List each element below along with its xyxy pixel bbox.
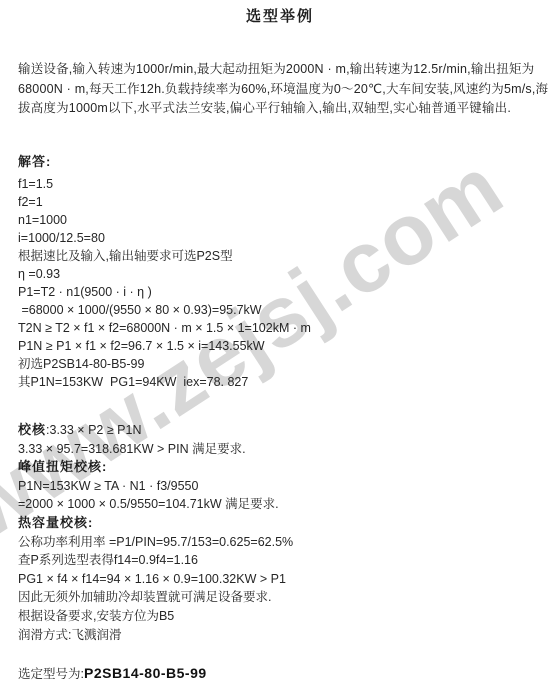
problem-line: 68000N · m,每天工作12h.负载持续率为60%,环境温度为0～20℃,… (18, 80, 542, 100)
solution-line: 根据速比及输入,输出轴要求可选P2S型 (18, 247, 542, 265)
thermal-heading: 热容量校核: (18, 514, 542, 533)
final-selection-label: 选定型号为: (18, 667, 84, 681)
final-selection: 选定型号为:P2SB14-80-B5-99 (18, 664, 542, 683)
solution-line: T2N ≥ T2 × f1 × f2=68000N · m × 1.5 × 1=… (18, 319, 542, 337)
solution-heading: 解答: (18, 151, 542, 170)
solution-line: P1N ≥ P1 × f1 × f2=96.7 × 1.5 × i=143.55… (18, 337, 542, 355)
final-model-number: P2SB14-80-B5-99 (84, 665, 207, 681)
solution-line: η =0.93 (18, 265, 542, 283)
problem-line: 拔高度为1000m以下,水平式法兰安装,偏心平行轴输入,输出,双轴型,实心轴普通… (18, 99, 542, 119)
thermal-line: 公称功率利用率 =P1/PIN=95.7/153=0.625=62.5% (18, 533, 542, 552)
solution-steps: f1=1.5 f2=1 n1=1000 i=1000/12.5=80 根据速比及… (18, 175, 542, 391)
thermal-line: 因此无须外加辅助冷却装置就可满足设备要求. (18, 588, 542, 607)
thermal-line: 根据设备要求,安装方位为B5 (18, 607, 542, 626)
solution-line: f1=1.5 (18, 175, 542, 193)
solution-line: n1=1000 (18, 211, 542, 229)
thermal-line: PG1 × f4 × f14=94 × 1.16 × 0.9=100.32KW … (18, 570, 542, 589)
document-content: 选型举例 输送设备,输入转速为1000r/min,最大起动扭矩为2000N · … (0, 0, 560, 692)
solution-line: P1=T2 · n1(9500 · i · η ) (18, 283, 542, 301)
peak-torque-line: =2000 × 1000 × 0.5/9550=104.71kW 满足要求. (18, 495, 542, 514)
thermal-line: 润滑方式:飞溅润滑 (18, 626, 542, 645)
solution-line: 其P1N=153KW PG1=94KW iex=78. 827 (18, 373, 542, 391)
problem-line: 输送设备,输入转速为1000r/min,最大起动扭矩为2000N · m,输出转… (18, 60, 542, 80)
peak-torque-heading: 峰值扭矩校核: (18, 458, 542, 477)
page-title: 选型举例 (0, 5, 560, 26)
check-heading: 校核 (18, 422, 46, 437)
solution-line: i=1000/12.5=80 (18, 229, 542, 247)
check-heading-rest: :3.33 × P2 ≥ P1N (46, 423, 141, 437)
solution-line: =68000 × 1000/(9550 × 80 × 0.93)=95.7kW (18, 301, 542, 319)
problem-statement: 输送设备,输入转速为1000r/min,最大起动扭矩为2000N · m,输出转… (18, 60, 542, 119)
solution-line: f2=1 (18, 193, 542, 211)
check-heading-line: 校核:3.33 × P2 ≥ P1N (18, 421, 542, 440)
check-line: 3.33 × 95.7=318.681KW > PIN 满足要求. (18, 440, 542, 459)
solution-line: 初选P2SB14-80-B5-99 (18, 355, 542, 373)
document-page: www.zejsj.com 选型举例 输送设备,输入转速为1000r/min,最… (0, 0, 560, 692)
thermal-line: 查P系列选型表得f14=0.9f4=1.16 (18, 551, 542, 570)
peak-torque-line: P1N=153KW ≥ TA · N1 · f3/9550 (18, 477, 542, 496)
verification-sections: 校核:3.33 × P2 ≥ P1N 3.33 × 95.7=318.681KW… (18, 421, 542, 644)
